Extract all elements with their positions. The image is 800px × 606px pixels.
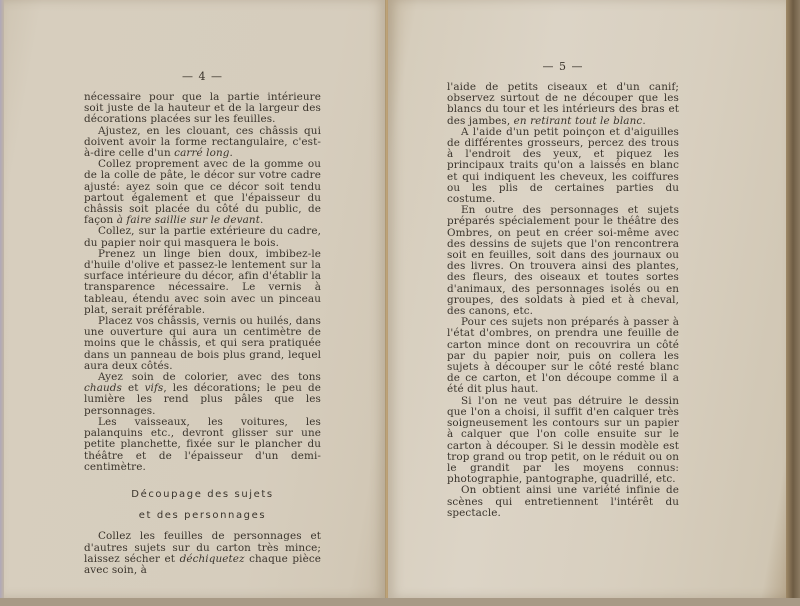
paragraph: Pour ces sujets non préparés à passer à … (447, 317, 679, 395)
paragraph: Collez, sur la partie extérieure du cadr… (84, 226, 321, 248)
section-heading: Découpage des sujets (84, 489, 321, 500)
booklet-right-edge (786, 0, 800, 606)
open-booklet: — 4 — nécessaire pour que la partie inté… (0, 0, 800, 606)
page-number-5: — 5 — (447, 60, 679, 73)
paragraph: l'aide de petits ciseaux et d'un canif; … (447, 82, 679, 127)
paragraph: Ajustez, en les clouant, ces châssis qui… (84, 126, 321, 160)
paragraph: Les vaisseaux, les voitures, les palanqu… (84, 417, 321, 473)
paragraph: Ayez soin de colorier, avec des tons cha… (84, 372, 321, 417)
paragraph: Collez les feuilles de personnages et d'… (84, 531, 321, 576)
left-page-text: nécessaire pour que la partie intérieure… (84, 92, 321, 576)
table-surface (0, 598, 800, 606)
section-heading-line2: et des personnages (84, 510, 321, 521)
paragraph: Prenez un linge bien doux, imbibez-le d'… (84, 249, 321, 316)
paragraph: Collez proprement avec de la gomme ou de… (84, 159, 321, 226)
page-number-4: — 4 — (84, 70, 321, 83)
left-page: — 4 — nécessaire pour que la partie inté… (4, 0, 386, 598)
paragraph: nécessaire pour que la partie intérieure… (84, 92, 321, 126)
paragraph: En outre des personnages et sujets prépa… (447, 205, 679, 317)
right-page-text: l'aide de petits ciseaux et d'un canif; … (447, 82, 679, 519)
paragraph: Si l'on ne veut pas détruire le dessin q… (447, 396, 679, 486)
right-page: — 5 — l'aide de petits ciseaux et d'un c… (388, 0, 786, 598)
paragraph: Placez vos châssis, vernis ou huilés, da… (84, 316, 321, 372)
paragraph: On obtient ainsi une variété infinie de … (447, 485, 679, 519)
paragraph: A l'aide d'un petit poinçon et d'aiguill… (447, 127, 679, 205)
